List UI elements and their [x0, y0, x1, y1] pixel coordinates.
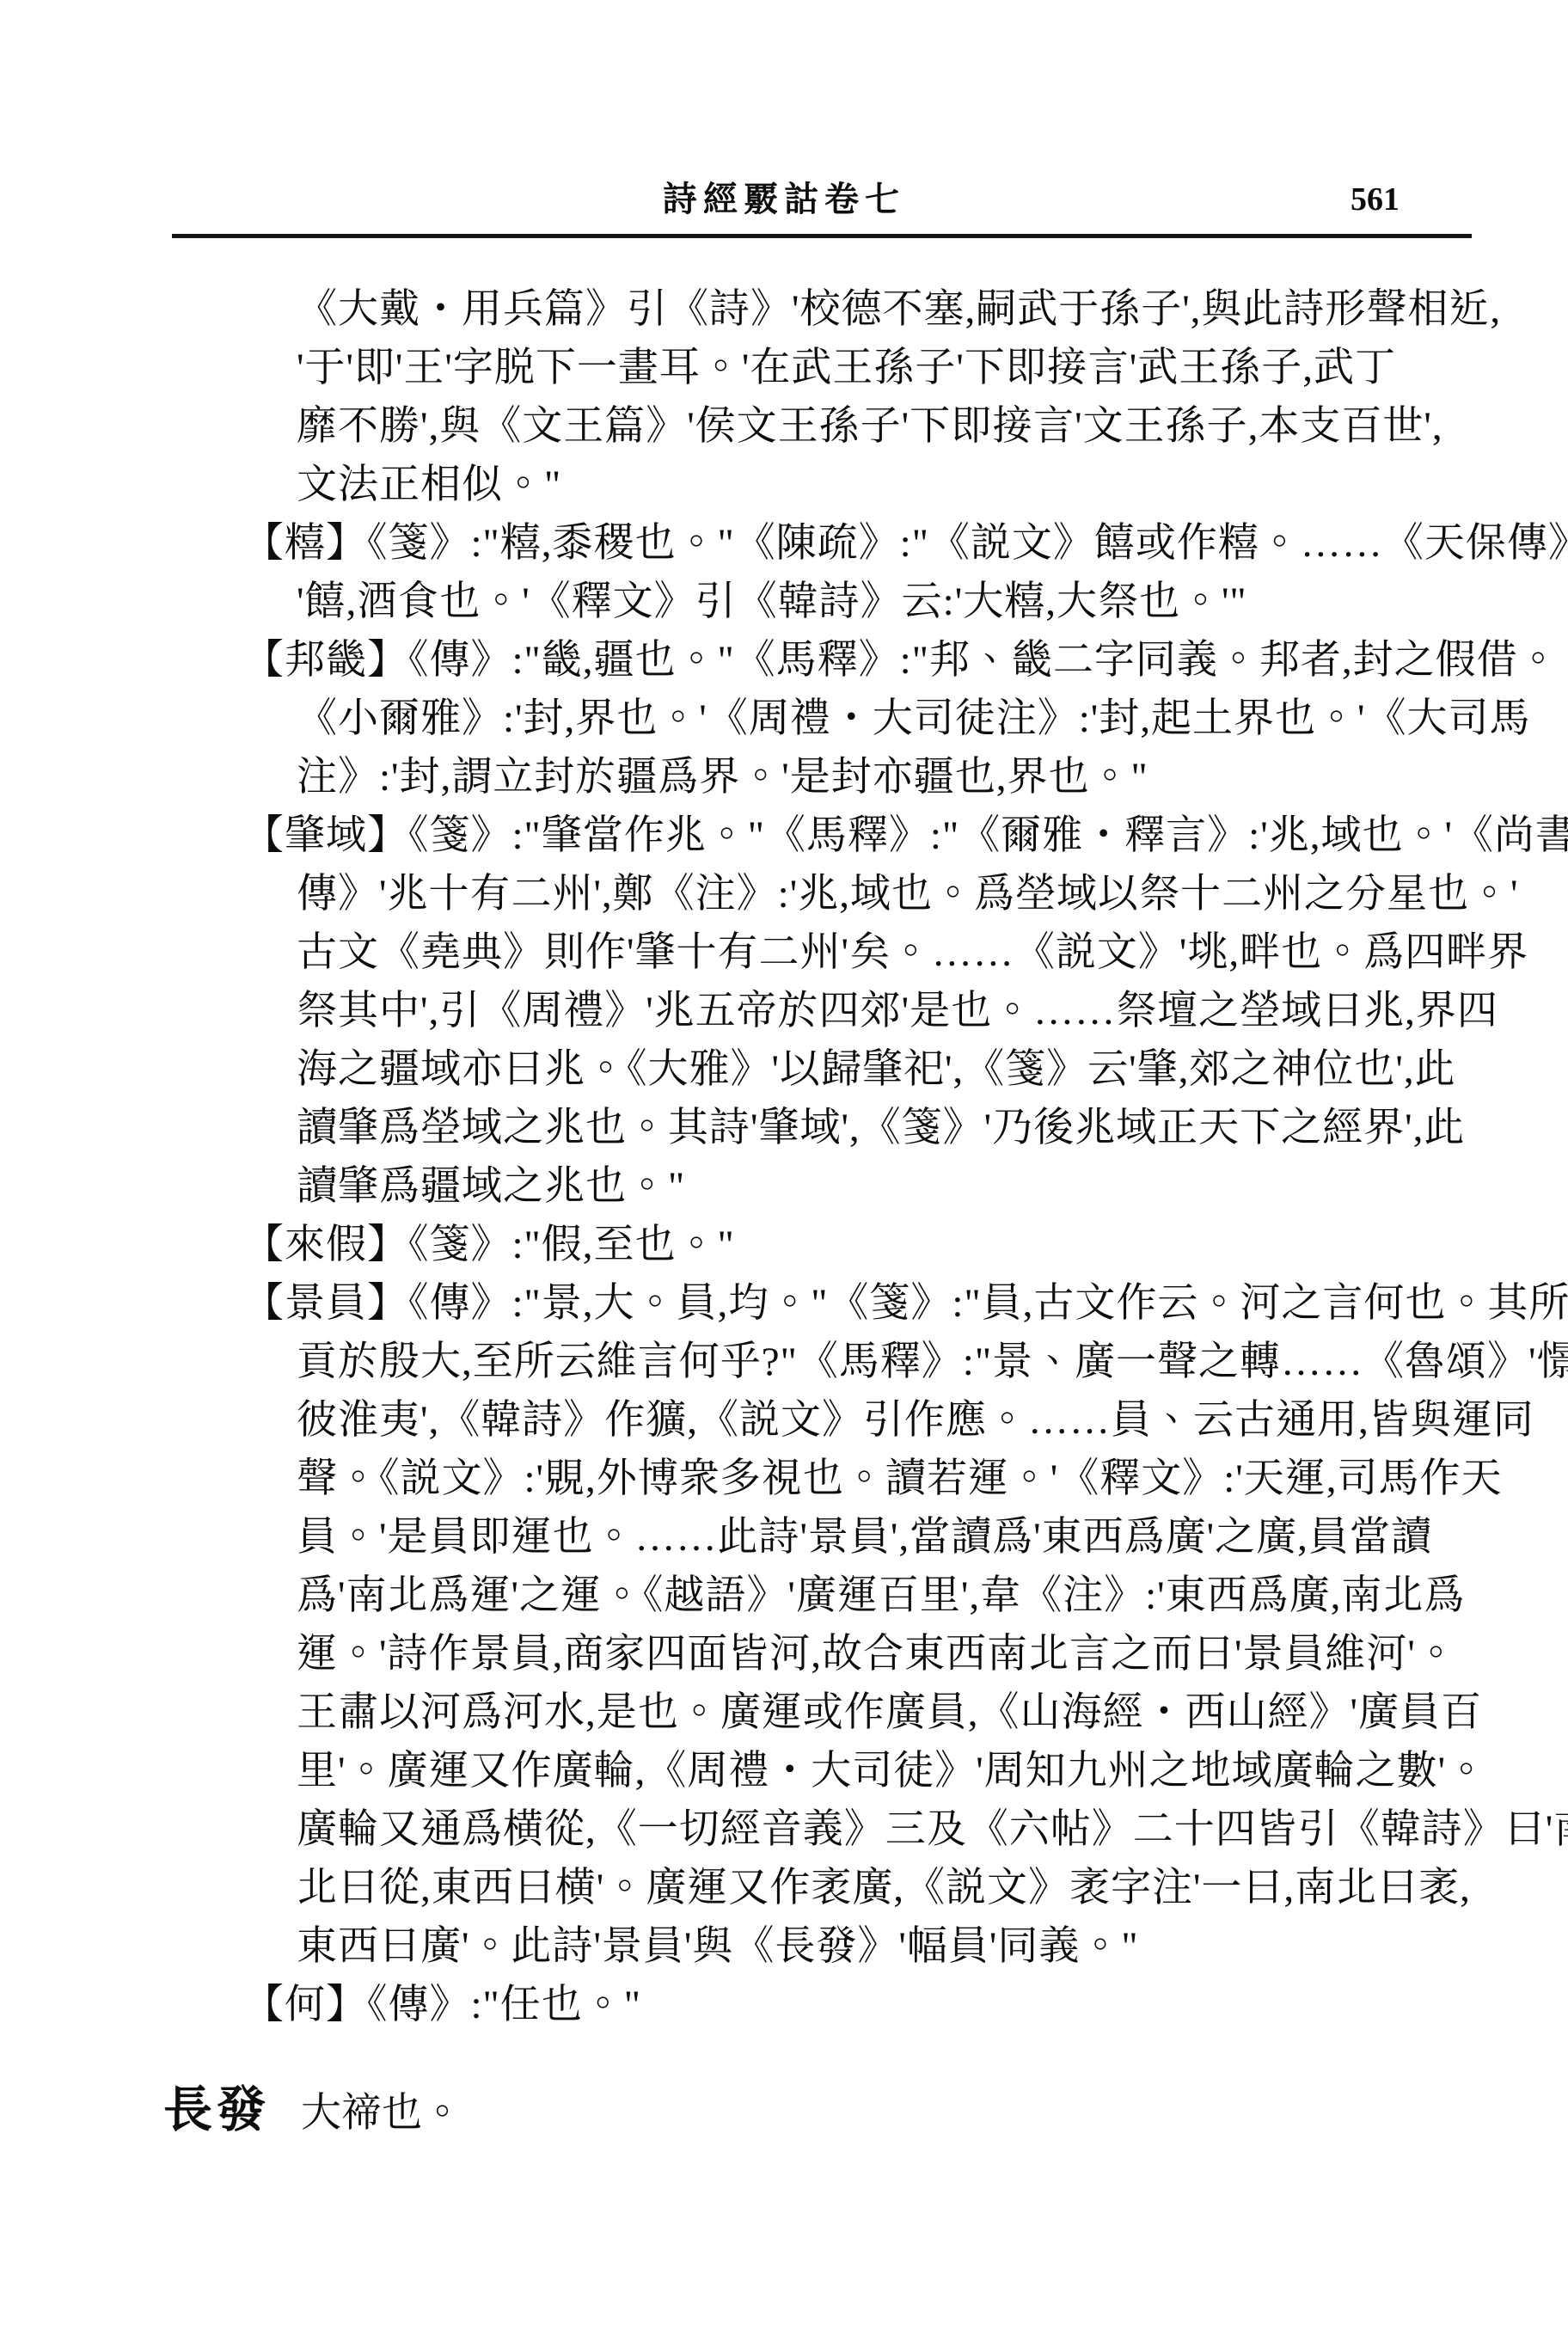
running-title: 詩經覈詁卷七 — [0, 175, 1568, 224]
text-line: 聲。《説文》:'覞,外博衆多視也。讀若運。'《釋文》:'天運,司馬作天 — [297, 1450, 1447, 1508]
text-line: 文法正相似。" — [297, 456, 1447, 514]
page-number: 561 — [1351, 175, 1400, 224]
section-term: 長發 — [163, 2070, 270, 2141]
book-page: 詩經覈詁卷七 561 《大戴・用兵篇》引《詩》'校德不塞,嗣武于孫子',與此詩形… — [0, 0, 1568, 2336]
text-line: 運。'詩作景員,商家四面皆河,故合東西南北言之而曰'景員維河'。 — [297, 1625, 1447, 1683]
section-definition: 大禘也。 — [301, 2081, 462, 2138]
text-line: 【何】《傳》:"任也。" — [243, 1976, 1447, 2034]
text-line: 【來假】《箋》:"假,至也。" — [243, 1216, 1447, 1274]
text-line: 讀肇爲塋域之兆也。其詩'肇域',《箋》'乃後兆域正天下之經界',此 — [297, 1099, 1447, 1157]
text-line: 靡不勝',與《文王篇》'侯文王孫子'下即接言'文王孫子,本支百世', — [297, 397, 1447, 456]
body-text: 《大戴・用兵篇》引《詩》'校德不塞,嗣武于孫子',與此詩形聲相近,'于'即'王'… — [243, 280, 1447, 2034]
text-line: 北曰從,東西曰横'。廣運又作袤廣,《説文》袤字注'一曰,南北曰袤, — [297, 1859, 1447, 1917]
text-line: 海之疆域亦曰兆。《大雅》'以歸肇祀',《箋》云'肇,郊之神位也',此 — [297, 1040, 1447, 1099]
text-line: 古文《堯典》則作'肇十有二州'矣。……《説文》'垗,畔也。爲四畔界 — [297, 923, 1447, 982]
text-line: 【糦】《箋》:"糦,黍稷也。"《陳疏》:"《説文》饎或作糦。……《天保傳》: — [243, 514, 1447, 573]
text-line: 里'。廣運又作廣輪,《周禮・大司徒》'周知九州之地域廣輪之數'。 — [297, 1742, 1447, 1800]
text-line: '饎,酒食也。'《釋文》引《韓詩》云:'大糦,大祭也。'" — [297, 573, 1447, 631]
text-line: '于'即'王'字脱下一畫耳。'在武王孫子'下即接言'武王孫子,武丁 — [297, 339, 1447, 397]
text-line: 【邦畿】《傳》:"畿,疆也。"《馬釋》:"邦、畿二字同義。邦者,封之假借。 — [243, 631, 1447, 690]
text-line: 員。'是員即運也。……此詩'景員',當讀爲'東西爲廣'之廣,員當讀 — [297, 1508, 1447, 1567]
text-line: 【景員】《傳》:"景,大。員,均。"《箋》:"員,古文作云。河之言何也。其所 — [243, 1274, 1447, 1333]
text-line: 注》:'封,謂立封於疆爲界。'是封亦疆也,界也。" — [297, 748, 1447, 806]
page-header: 詩經覈詁卷七 561 — [0, 175, 1568, 227]
text-line: 爲'南北爲運'之運。《越語》'廣運百里',韋《注》:'東西爲廣,南北爲 — [297, 1567, 1447, 1625]
text-line: 傳》'兆十有二州',鄭《注》:'兆,域也。爲塋域以祭十二州之分星也。' — [297, 865, 1447, 923]
text-line: 貢於殷大,至所云維言何乎?"《馬釋》:"景、廣一聲之轉……《魯頌》'憬 — [297, 1333, 1447, 1391]
text-line: 王肅以河爲河水,是也。廣運或作廣員,《山海經・西山經》'廣員百 — [297, 1683, 1447, 1742]
text-line: 讀肇爲疆域之兆也。" — [297, 1157, 1447, 1216]
header-rule — [172, 234, 1472, 238]
text-line: 廣輪又通爲横從,《一切經音義》三及《六帖》二十四皆引《韓詩》曰'南 — [297, 1800, 1447, 1859]
text-line: 《小爾雅》:'封,界也。'《周禮・大司徒注》:'封,起土界也。'《大司馬 — [297, 690, 1447, 748]
text-line: 祭其中',引《周禮》'兆五帝於四郊'是也。……祭壇之塋域曰兆,界四 — [297, 982, 1447, 1040]
section-heading: 長發大禘也。 — [163, 2070, 462, 2141]
text-line: 《大戴・用兵篇》引《詩》'校德不塞,嗣武于孫子',與此詩形聲相近, — [297, 280, 1447, 339]
text-line: 【肇域】《箋》:"肇當作兆。"《馬釋》:"《爾雅・釋言》:'兆,域也。'《尚書大 — [243, 806, 1447, 865]
text-line: 彼淮夷',《韓詩》作獷,《説文》引作應。……員、云古通用,皆與運同 — [297, 1391, 1447, 1450]
text-line: 東西曰廣'。此詩'景員'與《長發》'幅員'同義。" — [297, 1917, 1447, 1976]
